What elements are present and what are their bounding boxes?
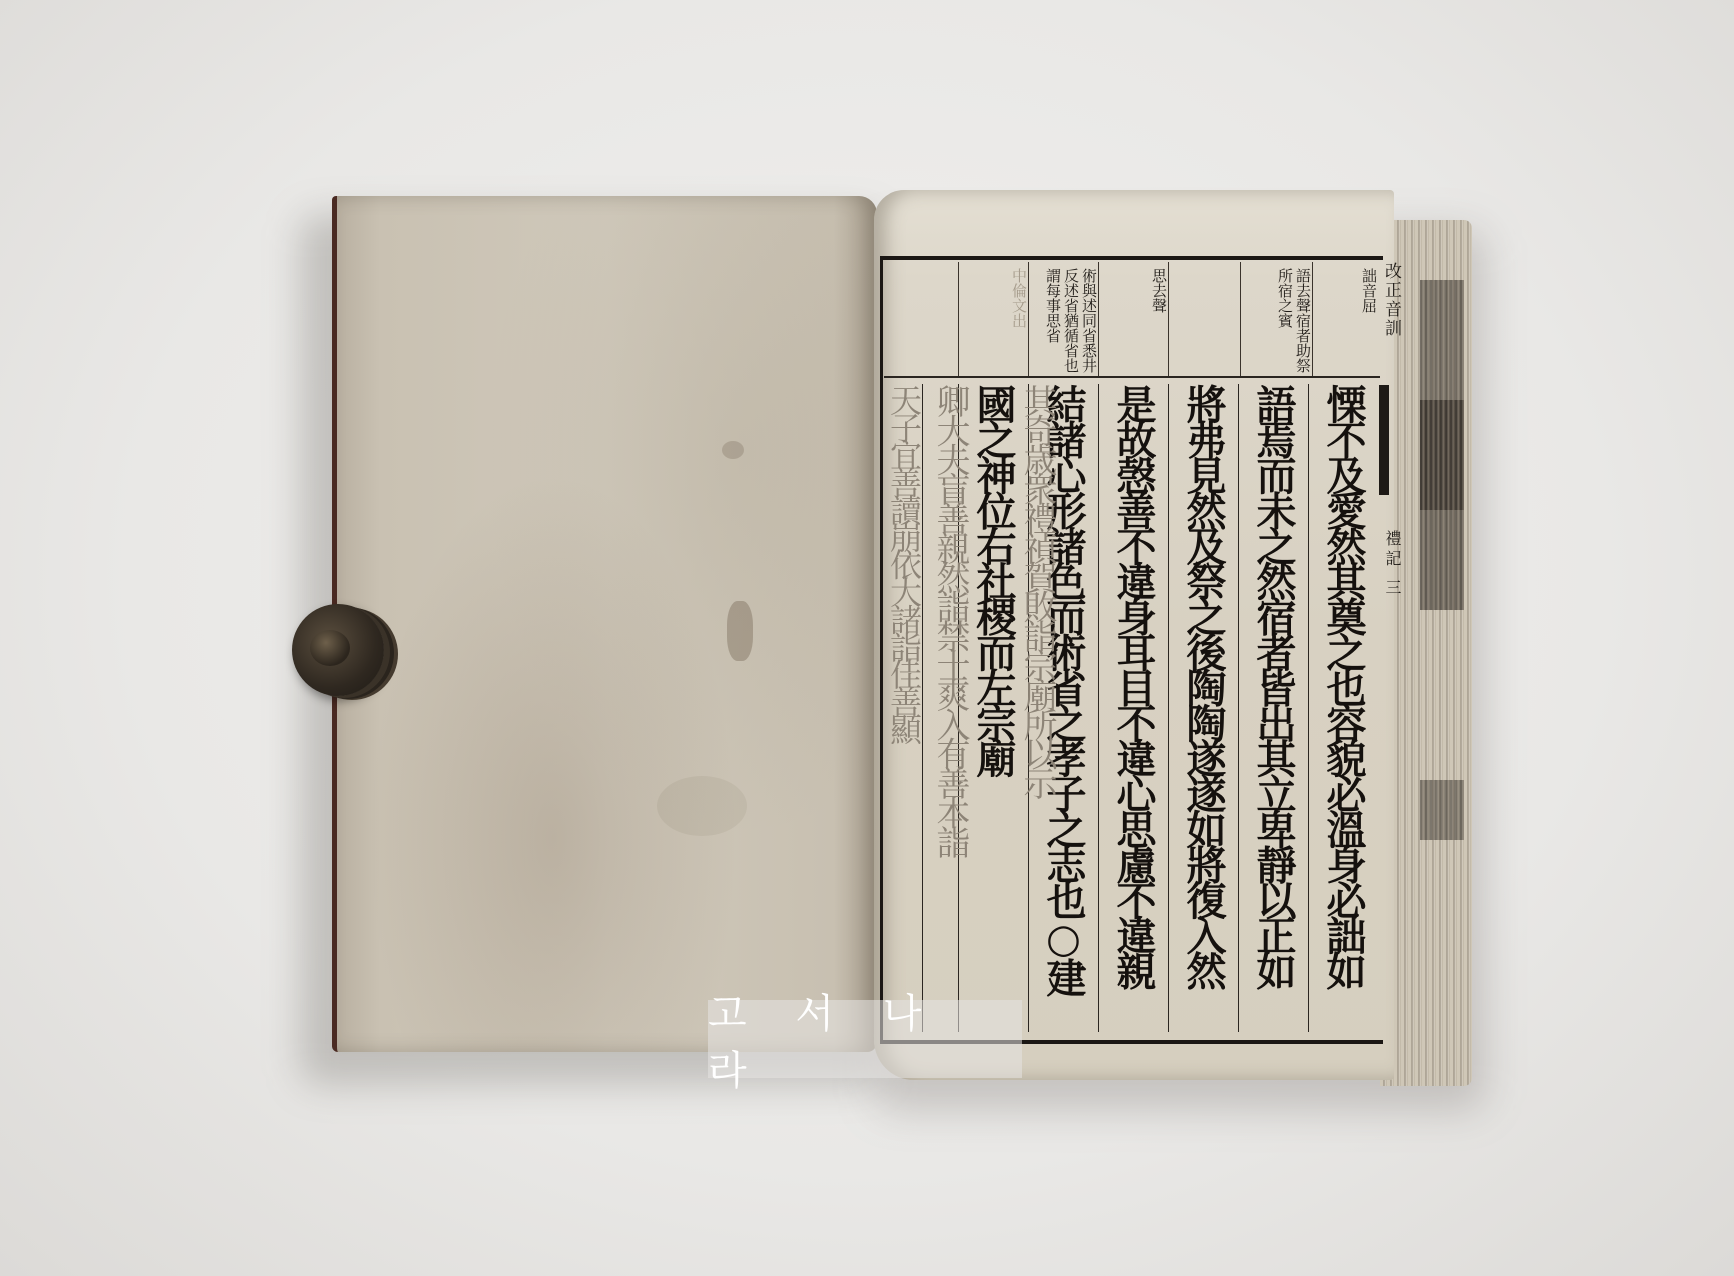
header-note: 思去聲 xyxy=(1098,262,1168,376)
header-note xyxy=(1168,262,1240,376)
header-note: 術與述同省悉井反述省猶循省也謂每事思省 xyxy=(1028,262,1098,376)
text-column: 是故愨善不違身耳目不違心思慮不違親 xyxy=(1098,384,1168,1032)
fishtail-block xyxy=(1379,385,1389,495)
watermark-overlay: 고 서 나 라 xyxy=(708,1000,1022,1078)
text-column: 語焉而未之然宿者皆出其立卑靜以正如 xyxy=(1238,384,1308,1032)
brass-paperweight xyxy=(292,604,384,696)
show-through-column: 其奇歳衆禮禎賀敗詣宗廟所以示 xyxy=(1008,384,1066,1032)
page-edge-ink xyxy=(1420,780,1464,840)
show-through-column: 卿大夫盲善親然詣禁士爽入有善本詣 xyxy=(922,384,978,1032)
watermark-text: 고 서 나 라 xyxy=(708,982,1022,1096)
header-note: 詘音屈 xyxy=(1312,262,1378,376)
left-endpaper xyxy=(332,196,877,1052)
text-column: 將弗見然及祭之後陶陶遂遂如將復入然 xyxy=(1168,384,1238,1032)
margin-book-title: 改正音訓 xyxy=(1382,262,1404,338)
stain-mark xyxy=(657,776,747,836)
page-edge-ink xyxy=(1420,280,1464,400)
paperweight-knob xyxy=(310,630,350,666)
header-note: 語去聲宿者助祭所宿之賓 xyxy=(1240,262,1312,376)
show-through-column: 天子宜善讀崩依大諸詣佳善顯 xyxy=(884,384,924,1032)
header-note-faint: 中倫文出 xyxy=(958,262,1028,376)
stain-mark xyxy=(722,441,744,459)
page-edge-ink xyxy=(1420,400,1464,510)
text-column: 慄不及愛然其奠之也容貌必溫身必詘如 xyxy=(1308,384,1378,1032)
margin-chapter-label: 禮記 三 xyxy=(1382,530,1404,599)
stain-mark xyxy=(727,601,753,661)
page-edge-ink xyxy=(1420,510,1464,610)
